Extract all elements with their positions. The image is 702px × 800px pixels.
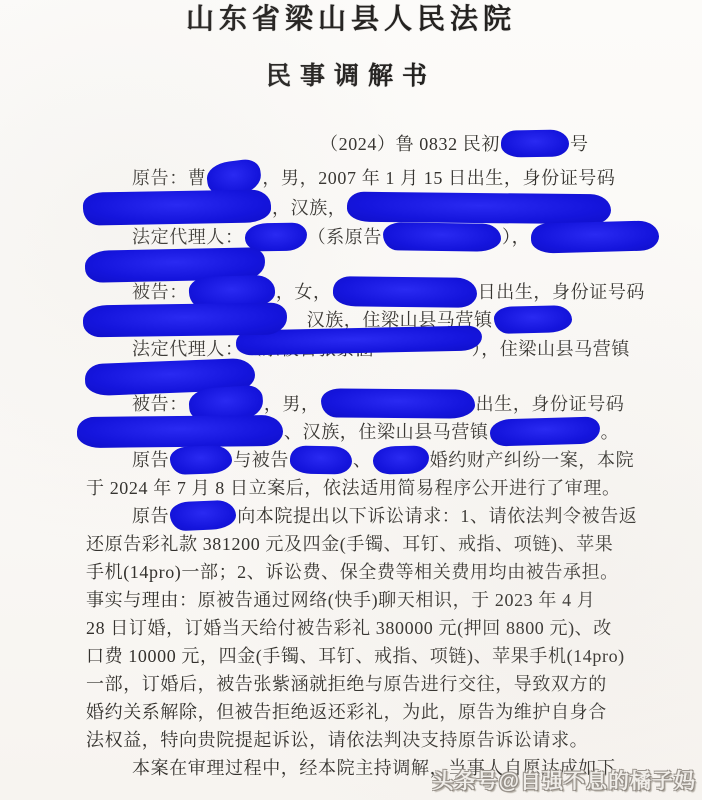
- redaction-mark: [83, 190, 272, 226]
- text-run: 一部，订婚后，被告张紫涵就拒绝与原告进行交往，导致双方的: [86, 674, 607, 694]
- redaction-mark: [347, 191, 611, 224]
- text-run: 于 2024 年 7 月 8 日立案后，依法适用简易程序公开进行了审理。: [86, 478, 621, 498]
- doc-line: 口费 10000 元，四金(手镯、耳钉、戒指、项链)、苹果手机(14pro): [86, 643, 625, 669]
- text-run: 婚约关系解除，但被告拒绝返还彩礼，为此，原告为维护自身合: [86, 702, 607, 722]
- text-run: ），: [502, 227, 530, 247]
- redaction-mark: [493, 305, 572, 334]
- doc-line: ，汉族，: [82, 195, 612, 221]
- redaction-mark: [489, 417, 600, 447]
- doc-line: 一部，订婚后，被告张紫涵就拒绝与原告进行交往，导致双方的: [86, 671, 607, 697]
- text-run: 原告：曹: [132, 168, 206, 188]
- text-run: 还原告彩礼款 381200 元及四金(手镯、耳钉、戒指、项链)、苹果: [86, 534, 613, 554]
- doc-line: [84, 252, 266, 278]
- redaction-mark: [321, 389, 475, 419]
- doc-line: 原告向本院提出以下诉讼请求：1、请依法判令被告返: [86, 503, 637, 529]
- text-run: ，汉族，: [272, 198, 346, 218]
- text-run: 口费 10000 元，四金(手镯、耳钉、戒指、项链)、苹果手机(14pro): [86, 646, 625, 666]
- text-run: ），住梁山县马营镇: [472, 339, 630, 359]
- doc-line: 法定代理人：（系被告张紫涵），住梁山县马营镇: [86, 336, 630, 362]
- redaction-mark: [332, 276, 476, 308]
- doc-line: 、汉族，住梁山县马营镇。: [76, 419, 619, 445]
- doc-line: 法定代理人：（系原告），: [86, 224, 660, 250]
- redaction-mark: [383, 222, 501, 252]
- text-run: 法权益，特向贵院提起诉讼，请依法判决支持原告诉讼请求。: [86, 730, 588, 750]
- redaction-mark: [77, 415, 283, 448]
- text-run: 日出生，身份证号码: [478, 282, 645, 302]
- text-run: 手机(14pro)一部；2、诉讼费、保全费等相关费用均由被告承担。: [86, 562, 619, 582]
- text-run: 号: [570, 134, 589, 154]
- doc-line: 28 日订婚，订婚当天给付被告彩礼 380000 元(押回 8800 元)、改: [86, 615, 612, 641]
- text-run: 被告：: [132, 394, 188, 414]
- doc-line: 还原告彩礼款 381200 元及四金(手镯、耳钉、戒指、项链)、苹果: [86, 531, 613, 557]
- text-run: 与被告: [233, 450, 289, 470]
- text-run: 、汉族，住梁山县马营镇: [284, 422, 489, 442]
- text-run: ，男，2007 年 1 月 15 日出生，身份证号码: [262, 168, 615, 188]
- text-run: 被告：: [132, 282, 188, 302]
- text-run: 原告: [132, 506, 169, 526]
- text-run: （系原告: [308, 227, 382, 247]
- text-run: （2024）鲁 0832 民初: [320, 134, 500, 154]
- text-run: 、: [353, 450, 372, 470]
- text-run: 向本院提出以下诉讼请求：1、请依法判令被告返: [237, 506, 637, 526]
- text-run: 法定代理人：: [132, 339, 244, 359]
- doc-line: 原告：曹，男，2007 年 1 月 15 日出生，身份证号码: [86, 165, 616, 191]
- doc-line: 被告：，男，出生，身份证号码: [86, 391, 624, 417]
- court-name: 山东省梁山县人民法院: [0, 0, 702, 37]
- text-run: 出生，身份证号码: [476, 394, 625, 414]
- doc-line: 婚约关系解除，但被告拒绝返还彩礼，为此，原告为维护自身合: [86, 699, 607, 725]
- case-number-line: （2024）鲁 0832 民初号: [320, 131, 589, 157]
- text-run: 原告: [132, 450, 169, 470]
- redaction-mark: [170, 445, 233, 475]
- redaction-mark: [501, 130, 569, 158]
- redaction-mark: [372, 445, 428, 474]
- text-run: ，女，: [276, 282, 332, 302]
- text-run: 法定代理人：: [132, 227, 244, 247]
- redaction-mark-over-text: （系被告张紫涵: [244, 336, 472, 362]
- doc-line: 手机(14pro)一部；2、诉讼费、保全费等相关费用均由被告承担。: [86, 559, 619, 585]
- doc-line: 被告：，女，日出生，身份证号码: [86, 279, 645, 305]
- redaction-mark: [290, 445, 352, 474]
- text-run: 婚约财产纠纷一案，本院: [430, 450, 635, 470]
- doc-line: 原告与被告、婚约财产纠纷一案，本院: [86, 447, 634, 473]
- document-page: 山东省梁山县人民法院 民事调解书 （2024）鲁 0832 民初号原告：曹，男，…: [0, 0, 702, 800]
- text-run: ，男，: [264, 394, 320, 414]
- screenshot-root: { "page": { "paper_color": "#fcfbf9", "i…: [0, 0, 702, 800]
- doc-line: 于 2024 年 7 月 8 日立案后，依法适用简易程序公开进行了审理。: [86, 475, 621, 501]
- redaction-mark: [170, 500, 237, 532]
- text-run: 。: [601, 422, 620, 442]
- watermark: 头条号@自强不息的橘子妈: [433, 765, 696, 795]
- redaction-mark: [531, 220, 660, 253]
- doc-line: 法权益，特向贵院提起诉讼，请依法判决支持原告诉讼请求。: [86, 727, 588, 753]
- text-run: 28 日订婚，订婚当天给付被告彩礼 380000 元(押回 8800 元)、改: [86, 618, 612, 638]
- text-run: 事实与理由：原被告通过网络(快手)聊天相识，于 2023 年 4 月: [86, 590, 595, 610]
- doc-line: 事实与理由：原被告通过网络(快手)聊天相识，于 2023 年 4 月: [86, 587, 595, 613]
- redaction-mark: [83, 302, 287, 337]
- document-type-title: 民事调解书: [0, 56, 702, 92]
